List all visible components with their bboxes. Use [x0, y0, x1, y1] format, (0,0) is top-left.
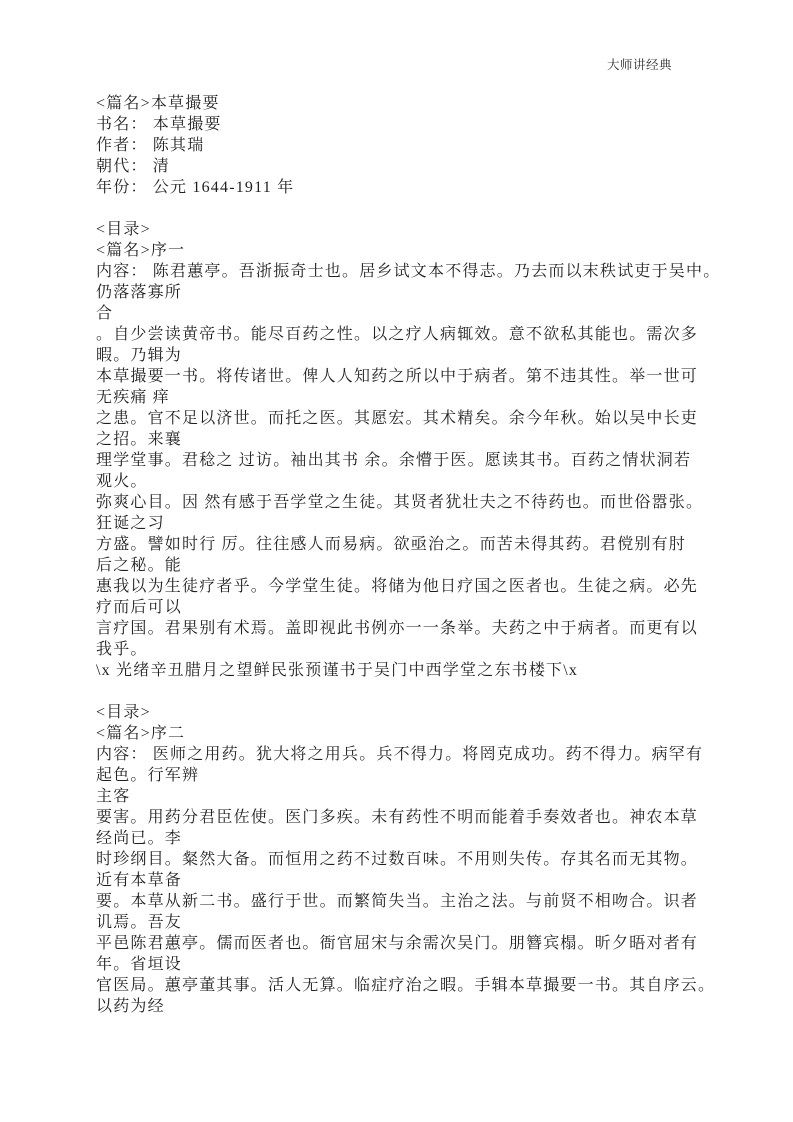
text-line: 主客 [96, 786, 766, 807]
text-line: 疗而后可以 [96, 597, 766, 618]
text-line: 讥焉。吾友 [96, 912, 766, 933]
text-line: 狂诞之习 [96, 513, 766, 534]
text-block-preface-2: <目录><篇名>序二内容： 医师之用药。犹大将之用兵。兵不得力。将罔克成功。药不… [96, 702, 766, 1017]
text-line: 朝代： 清 [96, 156, 766, 177]
text-line: 以药为经 [96, 996, 766, 1017]
document-body: <篇名>本草撮要书名： 本草撮要作者： 陈其瑞朝代： 清年份： 公元 1644-… [96, 93, 766, 1017]
text-line: 要。本草从新二书。盛行于世。而繁简失当。主治之法。与前贤不相吻合。识者 [96, 891, 766, 912]
text-line: \x 光绪辛丑腊月之望鲜民张预谨书于吴门中西学堂之东书楼下\x [96, 660, 766, 681]
text-line: 时珍纲目。粲然大备。而恒用之药不过数百味。不用则失传。存其名而无其物。 [96, 849, 766, 870]
text-line: 仍落落寡所 [96, 282, 766, 303]
text-line: <篇名>序一 [96, 240, 766, 261]
text-line: 内容： 医师之用药。犹大将之用兵。兵不得力。将罔克成功。药不得力。病罕有 [96, 744, 766, 765]
text-line: 合 [96, 303, 766, 324]
text-line: 经尚已。李 [96, 828, 766, 849]
text-line: 理学堂事。君稔之 过访。袖出其书 余。余懵于医。愿读其书。百药之情状洞若 [96, 450, 766, 471]
text-block-metadata: <篇名>本草撮要书名： 本草撮要作者： 陈其瑞朝代： 清年份： 公元 1644-… [96, 93, 766, 198]
text-line: 惠我以为生徒疗者乎。今学堂生徒。将储为他日疗国之医者也。生徒之病。必先 [96, 576, 766, 597]
text-line: 起色。行军辨 [96, 765, 766, 786]
text-line: 书名： 本草撮要 [96, 114, 766, 135]
text-line: 平邑陈君蕙亭。儒而医者也。衙官屈宋与余需次吴门。朋簪宾榻。昕夕晤对者有 [96, 933, 766, 954]
text-line: 弥爽心目。因 然有感于吾学堂之生徒。其贤者犹壮夫之不待药也。而世俗嚣张。 [96, 492, 766, 513]
text-line: 本草撮要一书。将传诸世。俾人人知药之所以中于病者。第不违其性。举一世可 [96, 366, 766, 387]
text-line: 年。省垣设 [96, 954, 766, 975]
text-block-preface-1: <目录><篇名>序一内容： 陈君蕙亭。吾浙振奇士也。居乡试文本不得志。乃去而以末… [96, 219, 766, 681]
text-line: <目录> [96, 702, 766, 723]
text-line: 近有本草备 [96, 870, 766, 891]
text-line: 年份： 公元 1644-1911 年 [96, 177, 766, 198]
page-header-watermark: 大师讲经典 [607, 55, 672, 73]
text-line: 之患。官不足以济世。而托之医。其愿宏。其术精矣。余今年秋。始以吴中长吏 [96, 408, 766, 429]
text-line: 言疗国。君果别有术焉。盖即视此书例亦一一条举。夫药之中于病者。而更有以 [96, 618, 766, 639]
text-line: 。自少尝读黄帝书。能尽百药之性。以之疗人病辄效。意不欲私其能也。需次多 [96, 324, 766, 345]
text-line: 观火。 [96, 471, 766, 492]
text-line: 方盛。譬如时行 厉。往往感人而易病。欲亟治之。而苦未得其药。君傥别有肘 [96, 534, 766, 555]
text-line: 暇。乃辑为 [96, 345, 766, 366]
text-line: 官医局。蕙亭董其事。活人无算。临症疗治之暇。手辑本草撮要一书。其自序云。 [96, 975, 766, 996]
text-line: 内容： 陈君蕙亭。吾浙振奇士也。居乡试文本不得志。乃去而以末秩试吏于吴中。 [96, 261, 766, 282]
text-line: <篇名>本草撮要 [96, 93, 766, 114]
text-line: 作者： 陈其瑞 [96, 135, 766, 156]
document-page: 大师讲经典 <篇名>本草撮要书名： 本草撮要作者： 陈其瑞朝代： 清年份： 公元… [0, 0, 793, 1122]
text-line: 要害。用药分君臣佐使。医门多疾。未有药性不明而能着手奏效者也。神农本草 [96, 807, 766, 828]
text-line: <篇名>序二 [96, 723, 766, 744]
text-line: 之招。来襄 [96, 429, 766, 450]
text-line: 无疾痛 痒 [96, 387, 766, 408]
text-line: 后之秘。能 [96, 555, 766, 576]
text-line: <目录> [96, 219, 766, 240]
text-line: 我乎。 [96, 639, 766, 660]
